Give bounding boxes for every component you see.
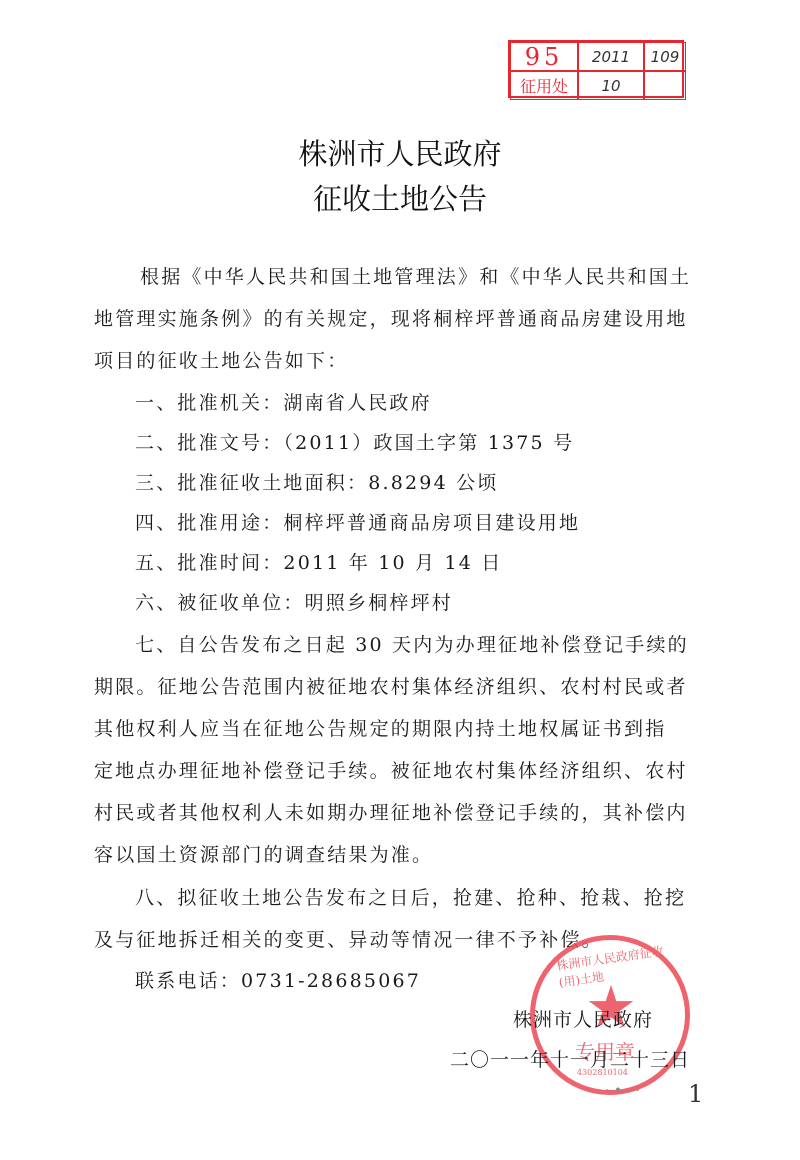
item-8-line: 及与征地拆迁相关的变更、异动等情况一律不予补偿。 — [94, 925, 603, 952]
page-number: 1 — [688, 1080, 703, 1108]
intro-line: 项目的征收土地公告如下： — [94, 346, 348, 373]
scan-specks: · • · · — [605, 1083, 640, 1099]
item-7-line: 村民或者其他权利人未如期办理征地补偿登记手续的，其补偿内 — [94, 798, 688, 825]
item-7-line: 容以国土资源部门的调查结果为准。 — [94, 840, 433, 867]
item-7-line: 期限。征地公告范围内被征地农村集体经济组织、农村村民或者 — [94, 672, 688, 699]
title-line-1: 株洲市人民政府 — [0, 132, 800, 173]
stamp-office: 征用处 — [510, 71, 578, 100]
stamp-blank — [644, 71, 686, 100]
item-4: 四、批准用途：桐梓坪普通商品房项目建设用地 — [135, 508, 580, 535]
item-7-line: 七、自公告发布之日起 30 天内为办理征地补偿登记手续的 — [135, 630, 689, 657]
signature-org: 株洲市人民政府 — [513, 1005, 653, 1032]
stamp-year: 2011 — [578, 42, 644, 71]
intro-line: 根据《中华人民共和国土地管理法》和《中华人民共和国土 — [140, 262, 691, 289]
stamp-month: 10 — [578, 71, 644, 100]
item-6: 六、被征收单位：明照乡桐梓坪村 — [135, 588, 453, 615]
intro-line: 地管理实施条例》的有关规定，现将桐梓坪普通商品房建设用地 — [94, 304, 688, 331]
item-7-line: 定地点办理征地补偿登记手续。被征地农村集体经济组织、农村 — [94, 756, 688, 783]
item-7-line: 其他权利人应当在征地公告规定的期限内持土地权属证书到指 — [94, 714, 666, 741]
item-8-line: 八、拟征收土地公告发布之日后，抢建、抢种、抢栽、抢挖 — [135, 883, 686, 910]
stamp-seq: 109 — [644, 42, 686, 71]
contact-phone: 联系电话：0731-28685067 — [135, 966, 421, 993]
signature-date: 二〇一一年十一月二十三日 — [450, 1045, 690, 1072]
stamp-number: 95 — [510, 42, 578, 71]
registration-stamp-box: 95 2011 109 征用处 10 — [508, 40, 684, 98]
title-line-2: 征收土地公告 — [0, 177, 800, 218]
item-2: 二、批准文号：（2011）政国土字第 1375 号 — [135, 428, 574, 455]
item-5: 五、批准时间：2011 年 10 月 14 日 — [135, 548, 503, 575]
item-3: 三、批准征收土地面积：8.8294 公顷 — [135, 468, 499, 495]
item-1: 一、批准机关：湖南省人民政府 — [135, 388, 432, 415]
